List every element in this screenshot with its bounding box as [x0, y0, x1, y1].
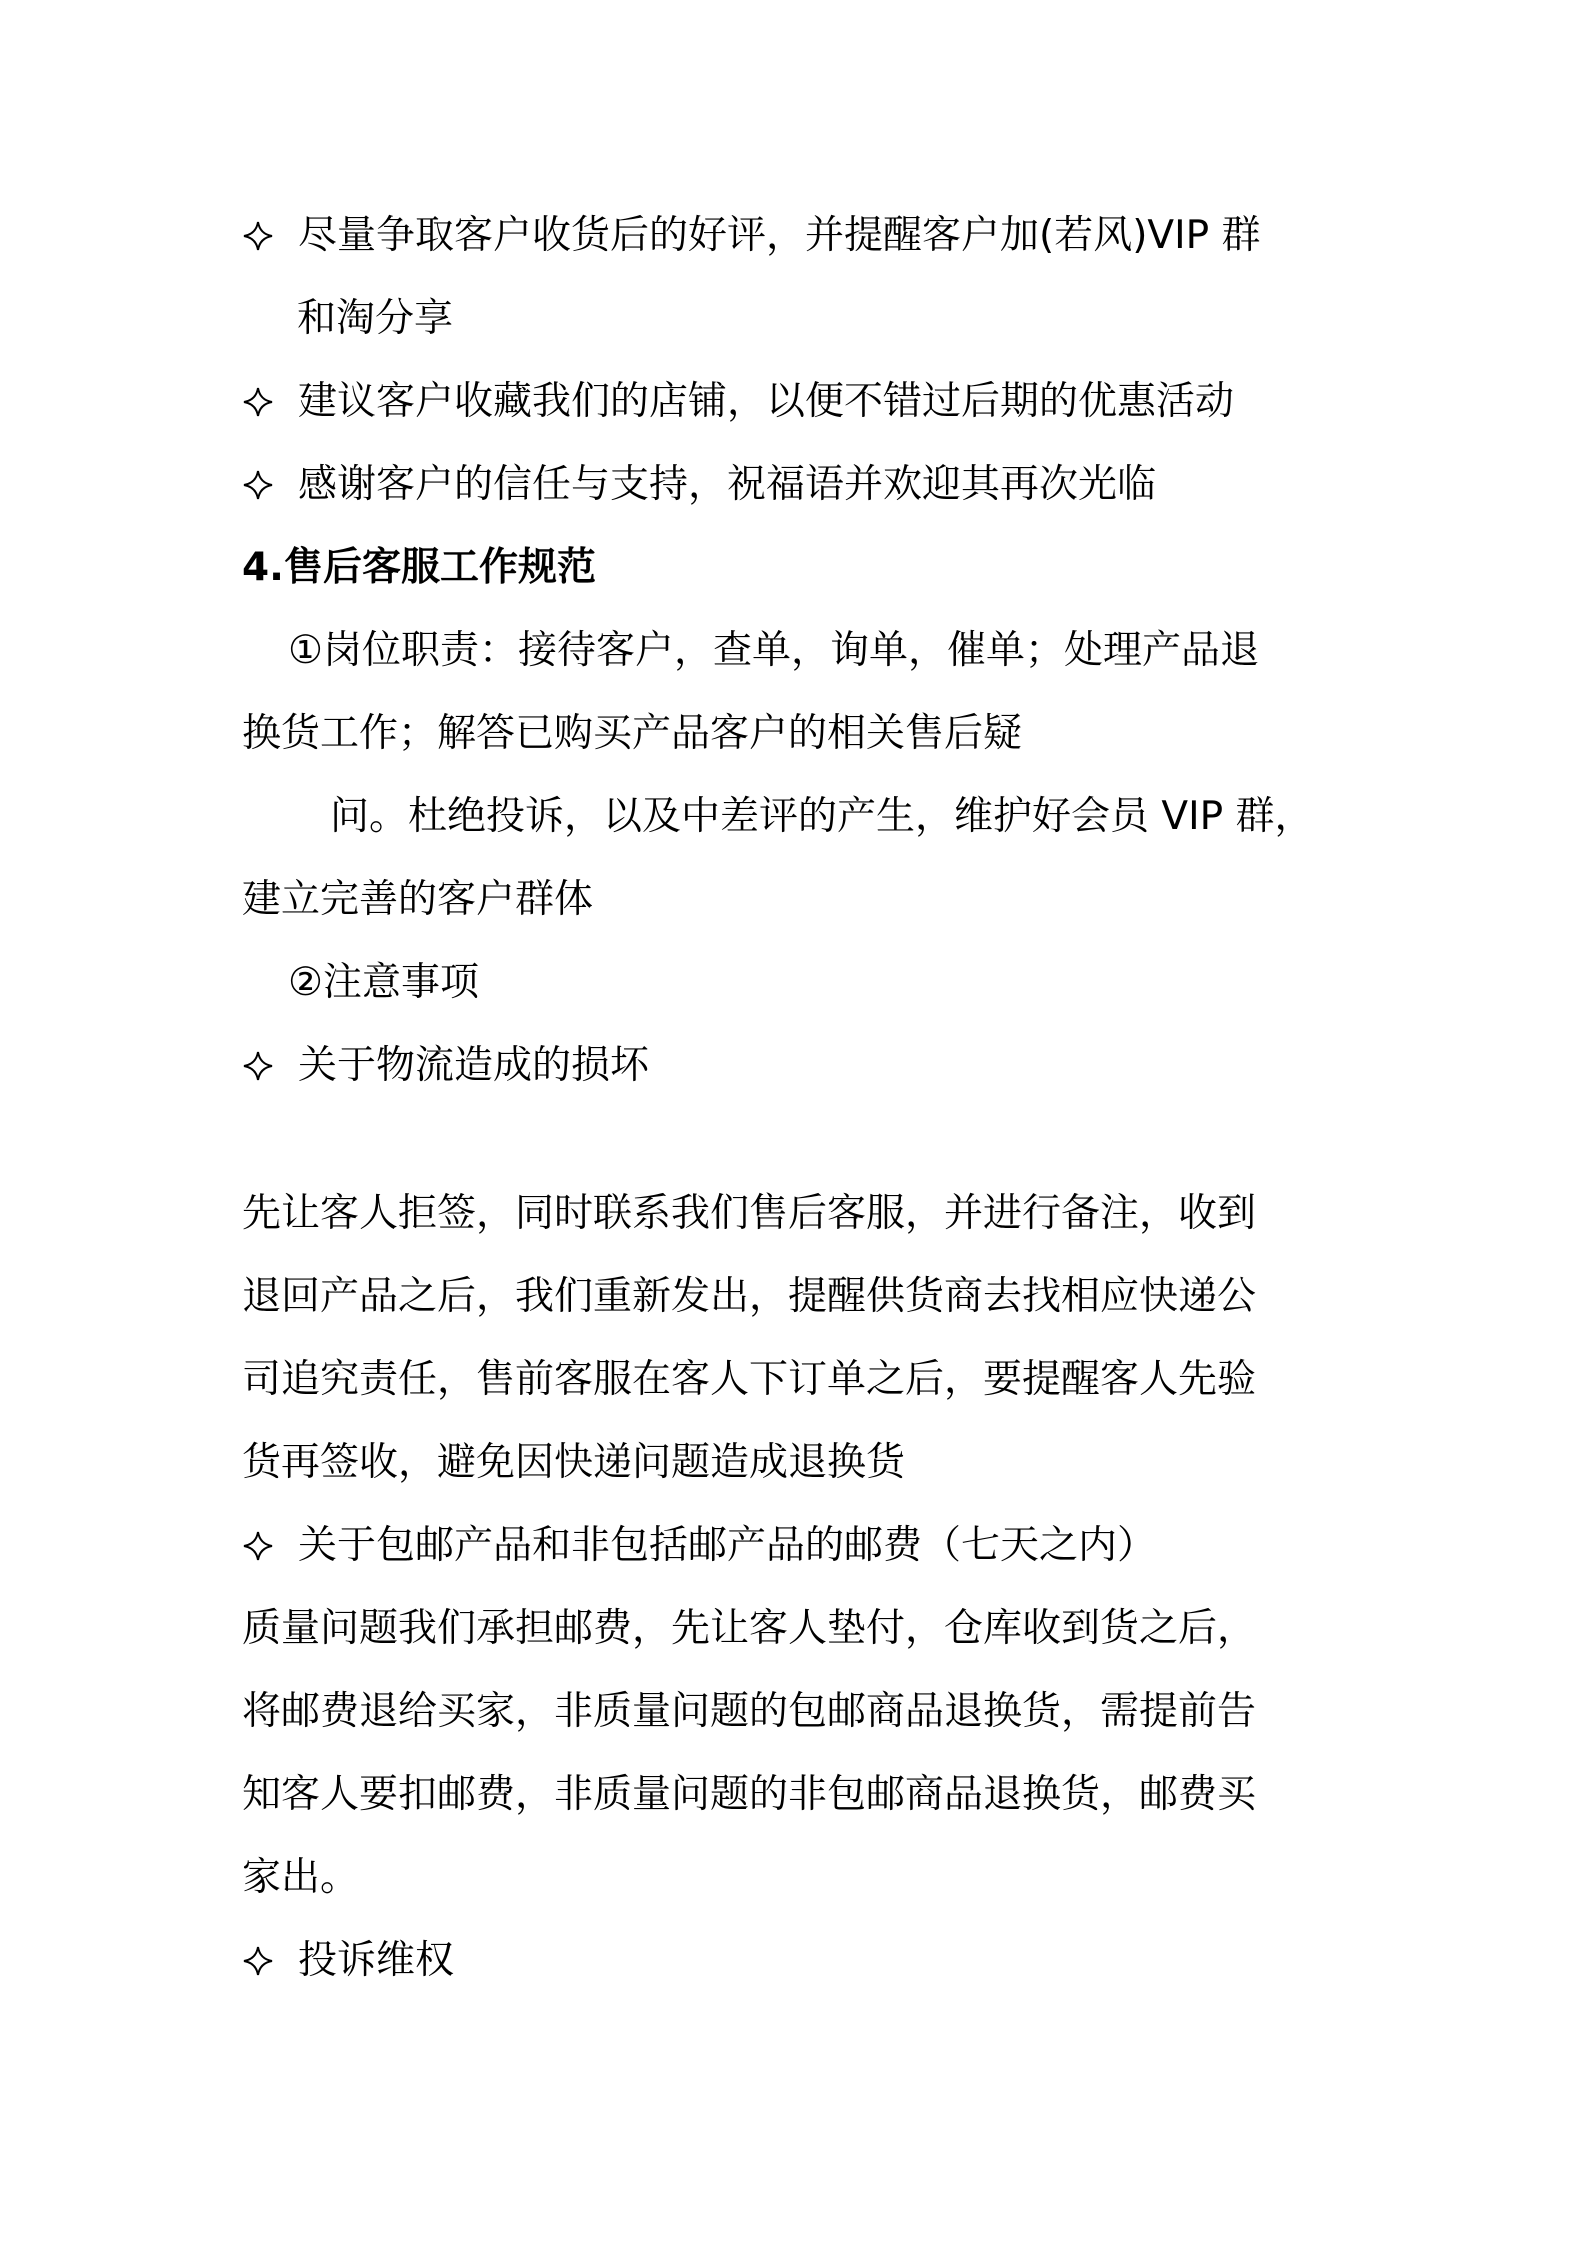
note-body-line: 质量问题我们承担邮费，先让客人垫付，仓库收到货之后， — [242, 1605, 1256, 1653]
duty-paragraph-line: ①岗位职责：接待客户，查单，询单，催单；处理产品退 — [288, 627, 1259, 675]
note-body-line: 先让客人拒签，同时联系我们售后客服，并进行备注，收到 — [242, 1190, 1256, 1238]
section-heading: 4.售后客服工作规范 — [242, 544, 596, 592]
bullet-text: 尽量争取客户收货后的好评，并提醒客户加(若风)VIP 群 — [298, 213, 1261, 258]
note-body-line: 司追究责任，售前客服在客人下订单之后，要提醒客人先验 — [242, 1356, 1256, 1404]
bullet-item: 建议客户收藏我们的店铺，以便不错过后期的优惠活动 — [242, 378, 1234, 426]
note-body-line: 家出。 — [242, 1854, 359, 1902]
note-title-text: 投诉维权 — [298, 1938, 454, 1983]
document-page: 尽量争取客户收货后的好评，并提醒客户加(若风)VIP 群 和淘分享 建议客户收藏… — [0, 0, 1587, 2245]
bullet-item-continuation: 和淘分享 — [297, 295, 453, 343]
duty-paragraph-line: 问。杜绝投诉，以及中差评的产生，维护好会员 VIP 群， — [330, 793, 1314, 841]
four-point-star-icon — [242, 220, 274, 252]
four-point-star-icon — [242, 1530, 274, 1562]
note-body-line: 将邮费退给买家，非质量问题的包邮商品退换货，需提前告 — [242, 1688, 1256, 1736]
four-point-star-icon — [242, 469, 274, 501]
note-title: 投诉维权 — [242, 1937, 454, 1985]
bullet-text: 感谢客户的信任与支持，祝福语并欢迎其再次光临 — [298, 462, 1156, 507]
note-title-text: 关于包邮产品和非包括邮产品的邮费（七天之内） — [298, 1523, 1156, 1568]
note-title-text: 关于物流造成的损坏 — [298, 1043, 649, 1088]
note-title: 关于包邮产品和非包括邮产品的邮费（七天之内） — [242, 1522, 1156, 1570]
bullet-item: 感谢客户的信任与支持，祝福语并欢迎其再次光临 — [242, 461, 1156, 509]
duty-paragraph-line: 建立完善的客户群体 — [242, 876, 593, 924]
bullet-text: 建议客户收藏我们的店铺，以便不错过后期的优惠活动 — [298, 379, 1234, 424]
four-point-star-icon — [242, 386, 274, 418]
note-body-line: 退回产品之后，我们重新发出，提醒供货商去找相应快递公 — [242, 1273, 1256, 1321]
notes-heading: ②注意事项 — [288, 959, 479, 1007]
four-point-star-icon — [242, 1050, 274, 1082]
note-body-line: 货再签收，避免因快递问题造成退换货 — [242, 1439, 905, 1487]
four-point-star-icon — [242, 1945, 274, 1977]
note-body-line: 知客人要扣邮费，非质量问题的非包邮商品退换货，邮费买 — [242, 1771, 1256, 1819]
note-title: 关于物流造成的损坏 — [242, 1042, 649, 1090]
bullet-item: 尽量争取客户收货后的好评，并提醒客户加(若风)VIP 群 — [242, 212, 1261, 260]
duty-paragraph-line: 换货工作；解答已购买产品客户的相关售后疑 — [242, 710, 1022, 758]
